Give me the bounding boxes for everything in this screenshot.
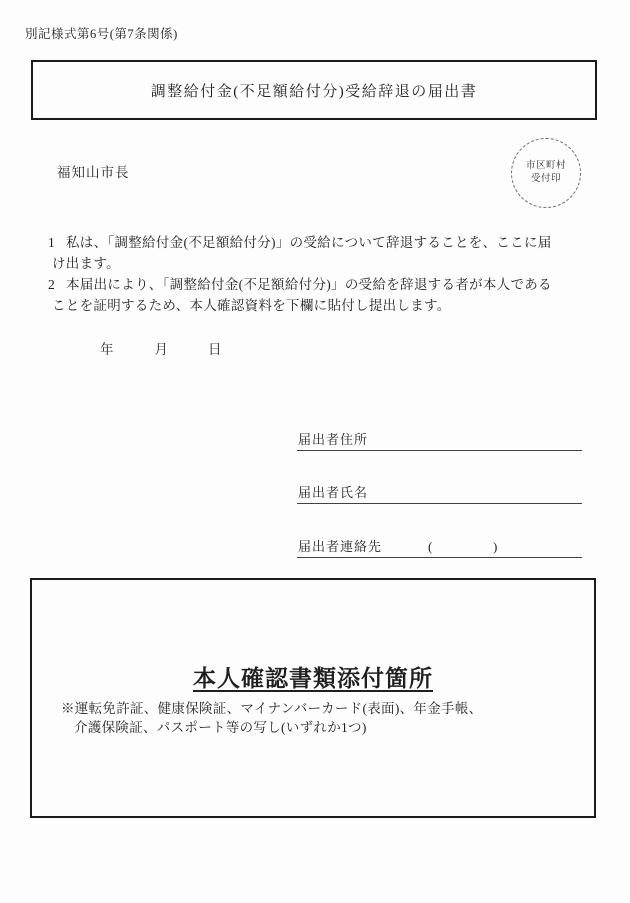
applicant-address-field: 届出者住所	[297, 431, 582, 451]
date-day-label: 日	[208, 342, 222, 357]
reception-stamp-circle: 市区町村 受付印	[511, 138, 581, 208]
applicant-address-label: 届出者住所	[298, 429, 368, 448]
date-year-label: 年	[100, 342, 114, 357]
reception-stamp-line2: 受付印	[531, 173, 561, 186]
clause-2-line-1: 2本届出により、「調整給付金(不足額給付分)」の受給を辞退する者が本人である	[48, 274, 593, 295]
date-line: 年月日	[100, 338, 222, 358]
form-page: 別記様式第6号(第7条関係) 調整給付金(不足額給付分)受給辞退の届出書 福知山…	[0, 0, 630, 903]
attachment-box-title: 本人確認書類添付箇所	[32, 660, 594, 693]
clause-1-line-1: 1私は、「調整給付金(不足額給付分)」の受給について辞退することを、ここに届	[48, 232, 593, 253]
applicant-name-label: 届出者氏名	[298, 482, 368, 501]
applicant-contact-label: 届出者連絡先	[298, 536, 382, 555]
date-month-label: 月	[155, 342, 169, 357]
attachment-note-line-2: 介護保険証、パスポート等の写し(いずれか1つ)	[61, 718, 571, 737]
contact-paren-open: (	[428, 539, 433, 555]
addressee-mayor: 福知山市長	[57, 161, 130, 181]
clause-1-number: 1	[48, 232, 66, 253]
clause-2-text: 本届出により、「調整給付金(不足額給付分)」の受給を辞退する者が本人である	[66, 277, 552, 292]
clause-1: 1私は、「調整給付金(不足額給付分)」の受給について辞退することを、ここに届 け…	[48, 232, 593, 274]
contact-paren-close: )	[493, 539, 498, 555]
attachment-note: ※運転免許証、健康保険証、マイナンバーカード(表面)、年金手帳、 介護保険証、パ…	[61, 699, 571, 737]
clause-2-line-2: ことを証明するため、本人確認資料を下欄に貼付し提出します。	[48, 295, 593, 316]
reception-stamp-line1: 市区町村	[526, 160, 566, 173]
id-attachment-box: 本人確認書類添付箇所 ※運転免許証、健康保険証、マイナンバーカード(表面)、年金…	[30, 578, 596, 818]
clause-2-number: 2	[48, 274, 66, 295]
applicant-contact-field: 届出者連絡先 ( )	[297, 538, 582, 558]
attachment-note-line-1: ※運転免許証、健康保険証、マイナンバーカード(表面)、年金手帳、	[61, 699, 571, 718]
form-number: 別記様式第6号(第7条関係)	[25, 24, 178, 42]
clause-1-text: 私は、「調整給付金(不足額給付分)」の受給について辞退することを、ここに届	[66, 235, 552, 250]
applicant-name-field: 届出者氏名	[297, 484, 582, 504]
clause-2: 2本届出により、「調整給付金(不足額給付分)」の受給を辞退する者が本人である こ…	[48, 274, 593, 316]
form-title-box: 調整給付金(不足額給付分)受給辞退の届出書	[31, 60, 597, 120]
clause-1-line-2: け出ます。	[48, 253, 593, 274]
form-title: 調整給付金(不足額給付分)受給辞退の届出書	[151, 80, 478, 101]
